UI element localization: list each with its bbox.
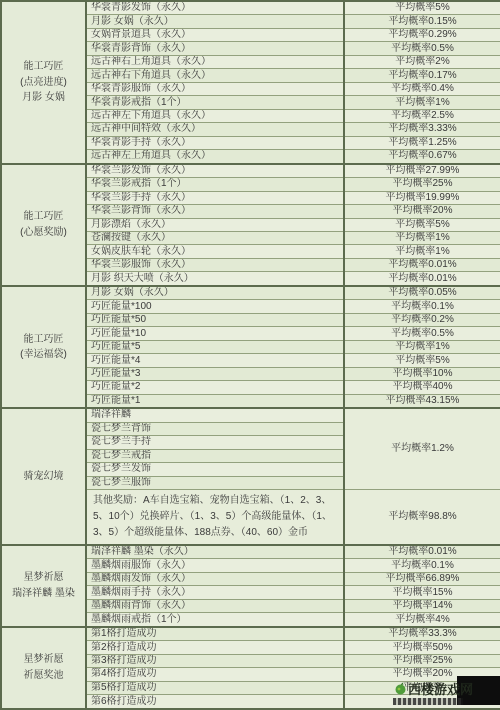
category-line: (幸运福袋) xyxy=(6,347,81,363)
item-cell: 华裳青影发饰（永久） xyxy=(86,1,344,15)
item-cell: 苍澜按键（永久） xyxy=(86,232,344,245)
item-cell: 远古神左下角道具（永久） xyxy=(86,109,344,122)
table-row: 能工巧匠 (点亮进度) 月影 女娲 华裳青影发饰（永久） 平均概率5% xyxy=(1,1,500,15)
item-cell: 华裳青影服饰（永久） xyxy=(86,82,344,95)
item-cell: 第2格打造成功 xyxy=(86,641,344,654)
category-line: 月影 女娲 xyxy=(6,90,81,106)
item-cell: 第4格打造成功 xyxy=(86,668,344,681)
item-cell: 月影 女娲（永久） xyxy=(86,15,344,28)
item-cell: 华裳兰影背饰（永久） xyxy=(86,205,344,218)
item-cell: 华裳兰影发饰（永久） xyxy=(86,164,344,178)
prob-cell: 平均概率27.99% xyxy=(344,164,500,178)
item-cell: 巧匠能量*10 xyxy=(86,327,344,340)
prob-cell: 平均概率25% xyxy=(344,654,500,667)
prob-cell: 平均概率1% xyxy=(344,340,500,353)
probability-table: 能工巧匠 (点亮进度) 月影 女娲 华裳青影发饰（永久） 平均概率5% 月影 女… xyxy=(0,0,500,710)
item-cell: 华裳青影戒指（1个） xyxy=(86,96,344,109)
category-cell: 能工巧匠 (幸运福袋) xyxy=(1,286,86,408)
category-line: 能工巧匠 xyxy=(6,209,81,225)
category-line: 星梦祈愿 xyxy=(6,570,81,586)
item-cell: 巧匠能量*100 xyxy=(86,300,344,313)
item-cell: 巧匠能量*50 xyxy=(86,313,344,326)
prob-cell: 平均概率1% xyxy=(344,96,500,109)
prob-cell: 平均概率0.15% xyxy=(344,15,500,28)
item-cell: 巧匠能量*2 xyxy=(86,381,344,394)
prob-cell: 平均概率1% xyxy=(344,232,500,245)
item-cell: 墨麟烟雨背饰（永久） xyxy=(86,599,344,612)
item-cell: 瓷七梦兰戒指 xyxy=(86,449,344,462)
prob-cell: 平均概率0.01% xyxy=(344,258,500,271)
prob-cell: 平均概率98.8% xyxy=(344,489,500,544)
prob-cell: 平均概率0.4% xyxy=(344,82,500,95)
prob-cell: 平均概率66.89% xyxy=(344,572,500,585)
prob-cell: 平均概率33.3% xyxy=(344,627,500,641)
category-line: 星梦祈愿 xyxy=(6,652,81,668)
item-cell: 华裳青影背饰（永久） xyxy=(86,42,344,55)
item-cell: 墨麟烟雨戒指（1个） xyxy=(86,613,344,627)
prob-cell: 平均概率1% xyxy=(344,245,500,258)
item-cell: 月影 织天大喷（永久） xyxy=(86,272,344,286)
prob-cell: 平均概率14% xyxy=(344,599,500,612)
table-row: 能工巧匠 (幸运福袋) 月影 女娲（永久） 平均概率0.05% xyxy=(1,286,500,300)
prob-cell: 平均概率5% xyxy=(344,218,500,231)
watermark: 西楼游戏网 xyxy=(394,679,473,698)
prob-cell: 平均概率0.67% xyxy=(344,150,500,164)
item-cell: 远古神左上角道具（永久） xyxy=(86,150,344,164)
item-cell: 女娲背景道具（永久） xyxy=(86,28,344,41)
category-cell: 能工巧匠 (点亮进度) 月影 女娲 xyxy=(1,1,86,164)
other-rewards-cell: 其他奖励：A车自选宝箱、宠物自选宝箱、（1、2、3、5、10个）兑换碎片、（1、… xyxy=(86,489,344,544)
prob-cell: 平均概率2% xyxy=(344,55,500,68)
prob-cell: 平均概率0.29% xyxy=(344,28,500,41)
category-line: 瑞泽祥麟 墨染 xyxy=(6,586,81,602)
prob-cell: 平均概率0.01% xyxy=(344,545,500,559)
item-cell: 女娲皮肤车轮（永久） xyxy=(86,245,344,258)
category-line: 骑宠幻境 xyxy=(6,469,81,485)
item-cell: 巧匠能量*4 xyxy=(86,354,344,367)
category-line: (点亮进度) xyxy=(6,75,81,91)
item-cell: 远古神中间特效（永久） xyxy=(86,123,344,136)
item-cell: 墨麟烟雨手持（永久） xyxy=(86,586,344,599)
prob-cell: 平均概率3.33% xyxy=(344,123,500,136)
item-cell: 瓷七梦兰手持 xyxy=(86,436,344,449)
prob-cell: 平均概率15% xyxy=(344,586,500,599)
item-cell: 华裳青影手持（永久） xyxy=(86,136,344,149)
item-cell: 瓷七梦兰服饰 xyxy=(86,476,344,489)
prob-cell: 平均概率0.05% xyxy=(344,286,500,300)
item-cell: 瑞泽祥麟 xyxy=(86,408,344,422)
table-row: 星梦祈愿 瑞泽祥麟 墨染 瑞泽祥麟 墨染（永久） 平均概率0.01% xyxy=(1,545,500,559)
prob-cell: 平均概率43.15% xyxy=(344,394,500,408)
category-line: 能工巧匠 xyxy=(6,59,81,75)
watermark-site-name: 西楼游戏网 xyxy=(408,679,473,698)
prob-cell: 平均概率25% xyxy=(344,178,500,191)
prob-cell: 平均概率10% xyxy=(344,367,500,380)
prob-cell: 平均概率0.1% xyxy=(344,300,500,313)
item-cell: 巧匠能量*5 xyxy=(86,340,344,353)
merged-prob-cell: 平均概率1.2% xyxy=(344,408,500,489)
item-cell: 远古神右上角道具（永久） xyxy=(86,55,344,68)
prob-cell: 平均概率0.5% xyxy=(344,327,500,340)
prob-cell: 平均概率20% xyxy=(344,205,500,218)
prob-cell: 平均概率1.25% xyxy=(344,136,500,149)
item-cell: 巧匠能量*1 xyxy=(86,394,344,408)
item-cell: 远古神右下角道具（永久） xyxy=(86,69,344,82)
category-line: (心愿奖励) xyxy=(6,225,81,241)
item-cell: 瑞泽祥麟 墨染（永久） xyxy=(86,545,344,559)
prob-cell: 平均概率50% xyxy=(344,641,500,654)
item-cell: 华裳兰影服饰（永久） xyxy=(86,258,344,271)
prob-cell: 平均概率19.99% xyxy=(344,191,500,204)
item-cell: 第1格打造成功 xyxy=(86,627,344,641)
item-cell: 巧匠能量*3 xyxy=(86,367,344,380)
table-row: 骑宠幻境 瑞泽祥麟 平均概率1.2% xyxy=(1,408,500,422)
item-cell: 墨麟烟雨服饰（永久） xyxy=(86,559,344,572)
category-cell: 骑宠幻境 xyxy=(1,408,86,545)
item-cell: 第3格打造成功 xyxy=(86,654,344,667)
prob-cell: 平均概率5% xyxy=(344,1,500,15)
item-cell: 瓷七梦兰发饰 xyxy=(86,463,344,476)
prob-cell: 平均概率2.5% xyxy=(344,109,500,122)
prob-cell: 平均概率0.1% xyxy=(344,559,500,572)
prob-cell: 平均概率40% xyxy=(344,381,500,394)
item-cell: 月影 女娲（永久） xyxy=(86,286,344,300)
category-line: 祈愿奖池 xyxy=(6,668,81,684)
prob-cell: 平均概率0.17% xyxy=(344,69,500,82)
category-cell: 能工巧匠 (心愿奖励) xyxy=(1,164,86,286)
item-cell: 墨麟烟雨发饰（永久） xyxy=(86,572,344,585)
category-cell: 星梦祈愿 祈愿奖池 xyxy=(1,627,86,709)
prob-cell: 平均概率4% xyxy=(344,613,500,627)
item-cell: 华裳兰影手持（永久） xyxy=(86,191,344,204)
item-cell: 瓷七梦兰背饰 xyxy=(86,422,344,435)
table-row: 能工巧匠 (心愿奖励) 华裳兰影发饰（永久） 平均概率27.99% xyxy=(1,164,500,178)
category-cell: 星梦祈愿 瑞泽祥麟 墨染 xyxy=(1,545,86,627)
item-cell: 月影漂焰（永久） xyxy=(86,218,344,231)
prob-cell: 平均概率5% xyxy=(344,354,500,367)
watermark-logo-icon xyxy=(394,682,407,695)
table-row: 星梦祈愿 祈愿奖池 第1格打造成功 平均概率33.3% xyxy=(1,627,500,641)
gacha-probability-page: 能工巧匠 (点亮进度) 月影 女娲 华裳青影发饰（永久） 平均概率5% 月影 女… xyxy=(0,0,500,710)
item-cell: 第6格打造成功 xyxy=(86,695,344,709)
prob-cell: 平均概率0.01% xyxy=(344,272,500,286)
prob-cell: 平均概率0.5% xyxy=(344,42,500,55)
prob-cell: 平均概率0.2% xyxy=(344,313,500,326)
watermark-subtext-strip xyxy=(393,698,463,705)
category-line: 能工巧匠 xyxy=(6,332,81,348)
item-cell: 第5格打造成功 xyxy=(86,681,344,694)
item-cell: 华裳兰影戒指（1个） xyxy=(86,178,344,191)
